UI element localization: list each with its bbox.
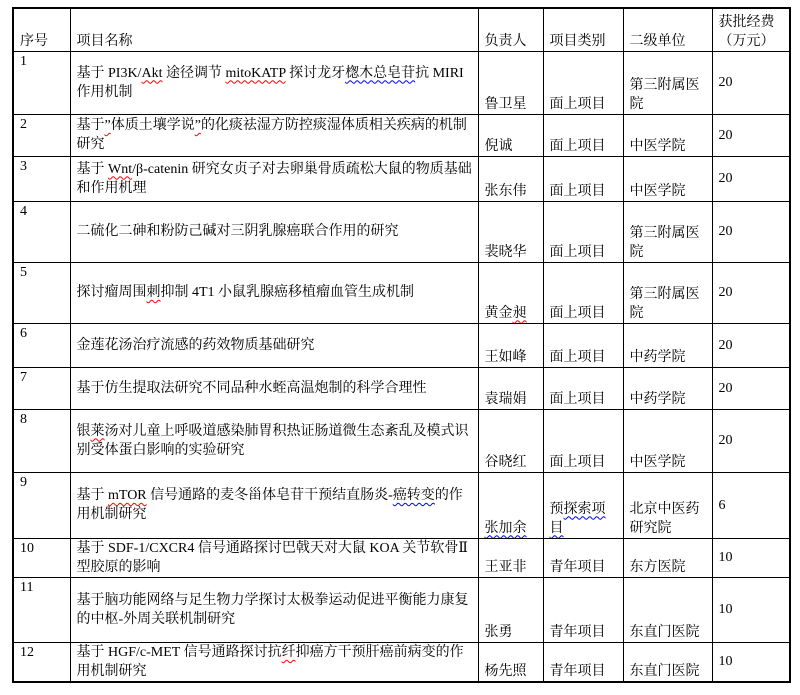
text-segment: 基于 HGF/c-MET 信号通路探讨抗 — [77, 645, 282, 660]
cell-leader: 裴晓华 — [478, 201, 543, 262]
text-segment: 探讨瘤周围 — [77, 285, 147, 300]
cell-fund: 20 — [712, 409, 790, 472]
spellcheck-blue-text: 癌转变 — [393, 488, 435, 503]
text-segment: 面上项目 — [550, 306, 606, 321]
cell-fund: 20 — [712, 51, 790, 114]
spellcheck-red-text: Akt — [141, 66, 162, 81]
cell-no: 3 — [13, 156, 70, 201]
cell-no: 10 — [13, 538, 70, 577]
column-header-category: 项目类别 — [543, 8, 623, 51]
text-segment: 面上项目 — [550, 350, 606, 365]
text-segment: 袁瑞娟 — [485, 392, 527, 407]
text-segment: 面上项目 — [550, 139, 606, 154]
cell-name: 二硫化二砷和粉防己碱对三阴乳腺癌联合作用的研究 — [70, 201, 478, 262]
spellcheck-red-text: 莱 — [91, 424, 105, 439]
text-segment: 王如峰 — [485, 350, 527, 365]
cell-category: 面上项目 — [543, 114, 623, 156]
spellcheck-red-text: 昶 — [513, 306, 527, 321]
text-segment: 青年项目 — [550, 664, 606, 679]
cell-category: 面上项目 — [543, 409, 623, 472]
table-row: 2基于”体质土壤学说”的化痰祛湿方防控痰湿体质相关疾病的机制研究倪诚面上项目中医… — [13, 114, 790, 156]
project-funding-table: 序号项目名称负责人项目类别二级单位获批经费（万元） 1基于 PI3K/Akt 途… — [12, 7, 791, 683]
cell-name: 银莱汤对儿童上呼吸道感染肺胃积热证肠道微生态紊乱及模式识别受体蛋白影响的实验研究 — [70, 409, 478, 472]
cell-name: 基于脑功能网络与足生物力学探讨太极拳运动促进平衡能力康复的中枢-外周关联机制研究 — [70, 577, 478, 642]
text-segment: 黄金 — [485, 306, 513, 321]
text-segment: 基于 PI3K/ — [77, 66, 142, 81]
column-header-line: （万元） — [719, 32, 786, 51]
cell-no: 8 — [13, 409, 70, 472]
cell-unit: 中药学院 — [623, 367, 712, 409]
spellcheck-red-text: mitoKATP — [225, 66, 285, 81]
text-segment: 二硫化二砷和粉防己碱对三阴乳腺癌联合作用的研究 — [77, 224, 399, 239]
text-segment: 银 — [77, 424, 91, 439]
cell-no: 4 — [13, 201, 70, 262]
text-segment: 基于脑功能网络与足生物力学探讨太极拳运动促进平衡能力康复的中枢-外周关联机制研究 — [77, 593, 469, 627]
cell-no: 7 — [13, 367, 70, 409]
spellcheck-red-text: 刺 — [147, 285, 161, 300]
cell-no: 1 — [13, 51, 70, 114]
table-row: 11基于脑功能网络与足生物力学探讨太极拳运动促进平衡能力康复的中枢-外周关联机制… — [13, 577, 790, 642]
text-segment: 基于仿生提取法研究不同品种水蛭高温炮制的科学合理性 — [77, 381, 427, 396]
cell-name: 基于 SDF-1/CXCR4 信号通路探讨巴戟天对大鼠 KOA 关节软骨Ⅱ型胶原… — [70, 538, 478, 577]
cell-fund: 10 — [712, 642, 790, 682]
cell-name: 基于 PI3K/Akt 途径调节 mitoKATP 探讨龙牙楤木总皂苷抗 MIR… — [70, 51, 478, 114]
cell-unit: 东直门医院 — [623, 577, 712, 642]
cell-fund: 20 — [712, 201, 790, 262]
cell-fund: 20 — [712, 114, 790, 156]
table-row: 5探讨瘤周围刺抑制 4T1 小鼠乳腺癌移植瘤血管生成机制黄金昶面上项目第三附属医… — [13, 262, 790, 323]
cell-leader: 黄金昶 — [478, 262, 543, 323]
text-segment: 鲁卫星 — [485, 97, 527, 112]
cell-unit: 东方医院 — [623, 538, 712, 577]
text-segment: 预 — [550, 502, 564, 517]
cell-unit: 中医学院 — [623, 114, 712, 156]
cell-fund: 20 — [712, 367, 790, 409]
cell-unit: 第三附属医院 — [623, 51, 712, 114]
cell-leader: 倪诚 — [478, 114, 543, 156]
cell-unit: 第三附属医院 — [623, 201, 712, 262]
cell-name: 基于 HGF/c-MET 信号通路探讨抗纤抑癌方干预肝癌前病变的作用机制研究 — [70, 642, 478, 682]
text-segment: 青年项目 — [550, 625, 606, 640]
text-segment: 探讨龙牙 — [286, 66, 346, 81]
table-row: 12基于 HGF/c-MET 信号通路探讨抗纤抑癌方干预肝癌前病变的作用机制研究… — [13, 642, 790, 682]
table-row: 9基于 mTOR 信号通路的麦冬甾体皂苷干预结直肠炎-癌转变的作用机制研究张加余… — [13, 472, 790, 538]
table-row: 1基于 PI3K/Akt 途径调节 mitoKATP 探讨龙牙楤木总皂苷抗 MI… — [13, 51, 790, 114]
text-segment: 基于 SDF-1/CXCR4 信号通路探讨巴戟天对大鼠 KOA 关节软骨Ⅱ型胶原… — [77, 541, 468, 575]
table-row: 7基于仿生提取法研究不同品种水蛭高温炮制的科学合理性袁瑞娟面上项目中药学院20 — [13, 367, 790, 409]
table-row: 6金莲花汤治疗流感的药效物质基础研究王如峰面上项目中药学院20 — [13, 323, 790, 367]
cell-category: 青年项目 — [543, 538, 623, 577]
cell-name: 基于”体质土壤学说”的化痰祛湿方防控痰湿体质相关疾病的机制研究 — [70, 114, 478, 156]
cell-fund: 20 — [712, 262, 790, 323]
text-segment: 面上项目 — [550, 97, 606, 112]
cell-fund: 10 — [712, 538, 790, 577]
cell-no: 11 — [13, 577, 70, 642]
text-segment: 汤对儿童上呼吸道感染肺胃积热证肠道微生态紊乱及模式识别受体蛋白影响的实验研究 — [77, 424, 469, 458]
cell-fund: 20 — [712, 323, 790, 367]
spellcheck-blue-text: 楤木总皂苷 — [345, 66, 415, 81]
cell-category: 面上项目 — [543, 367, 623, 409]
text-segment: 途径调节 — [162, 66, 225, 81]
text-segment: 张勇 — [485, 625, 513, 640]
column-header-leader: 负责人 — [478, 8, 543, 51]
cell-leader: 张勇 — [478, 577, 543, 642]
cell-leader: 王亚非 — [478, 538, 543, 577]
column-header-line: 获批经费 — [719, 13, 786, 32]
table-row: 10基于 SDF-1/CXCR4 信号通路探讨巴戟天对大鼠 KOA 关节软骨Ⅱ型… — [13, 538, 790, 577]
cell-name: 基于 mTOR 信号通路的麦冬甾体皂苷干预结直肠炎-癌转变的作用机制研究 — [70, 472, 478, 538]
text-segment: 面上项目 — [550, 392, 606, 407]
cell-category: 面上项目 — [543, 323, 623, 367]
cell-category: 面上项目 — [543, 201, 623, 262]
cell-leader: 张东伟 — [478, 156, 543, 201]
cell-name: 基于仿生提取法研究不同品种水蛭高温炮制的科学合理性 — [70, 367, 478, 409]
spellcheck-red-text: 纤 — [282, 645, 296, 660]
cell-unit: 东直门医院 — [623, 642, 712, 682]
cell-name: 探讨瘤周围刺抑制 4T1 小鼠乳腺癌移植瘤血管生成机制 — [70, 262, 478, 323]
column-header-name: 项目名称 — [70, 8, 478, 51]
cell-unit: 中药学院 — [623, 323, 712, 367]
cell-category: 面上项目 — [543, 262, 623, 323]
text-segment: 体质土壤学说 — [111, 118, 195, 133]
text-segment: 面上项目 — [550, 455, 606, 470]
cell-category: 青年项目 — [543, 642, 623, 682]
spellcheck-red-text: mTOR — [108, 488, 147, 503]
cell-name: 基于 Wnt/β-catenin 研究女贞子对去卵巢骨质疏松大鼠的物质基础和作用… — [70, 156, 478, 201]
text-segment: 裴晓华 — [485, 245, 527, 260]
column-header-fund: 获批经费（万元） — [712, 8, 790, 51]
text-segment: 基于 — [77, 118, 105, 133]
cell-leader: 袁瑞娟 — [478, 367, 543, 409]
cell-category: 青年项目 — [543, 577, 623, 642]
cell-category: 面上项目 — [543, 156, 623, 201]
text-segment: 基于 — [77, 162, 109, 177]
text-segment: 青年项目 — [550, 560, 606, 575]
cell-unit: 中医学院 — [623, 156, 712, 201]
cell-fund: 20 — [712, 156, 790, 201]
cell-fund: 10 — [712, 577, 790, 642]
column-header-no: 序号 — [13, 8, 70, 51]
cell-leader: 张加余 — [478, 472, 543, 538]
cell-leader: 鲁卫星 — [478, 51, 543, 114]
column-header-unit: 二级单位 — [623, 8, 712, 51]
text-segment: 基于 — [77, 488, 109, 503]
text-segment: 金莲花汤治疗流感的药效物质基础研究 — [77, 338, 315, 353]
text-segment: 面上项目 — [550, 245, 606, 260]
text-segment: 杨先照 — [485, 664, 527, 679]
cell-no: 12 — [13, 642, 70, 682]
text-segment: /β-catenin 研究女贞子对去卵巢骨质疏松大鼠的物质基础和作用机理 — [77, 162, 472, 196]
cell-category: 面上项目 — [543, 51, 623, 114]
spellcheck-red-text: Wnt — [108, 162, 132, 177]
text-segment: 面上项目 — [550, 184, 606, 199]
cell-leader: 王如峰 — [478, 323, 543, 367]
cell-fund: 6 — [712, 472, 790, 538]
table-header-row: 序号项目名称负责人项目类别二级单位获批经费（万元） — [13, 8, 790, 51]
cell-unit: 中医学院 — [623, 409, 712, 472]
cell-no: 6 — [13, 323, 70, 367]
cell-no: 9 — [13, 472, 70, 538]
cell-no: 5 — [13, 262, 70, 323]
table-row: 8银莱汤对儿童上呼吸道感染肺胃积热证肠道微生态紊乱及模式识别受体蛋白影响的实验研… — [13, 409, 790, 472]
cell-unit: 北京中医药研究院 — [623, 472, 712, 538]
table-row: 4二硫化二砷和粉防己碱对三阴乳腺癌联合作用的研究裴晓华面上项目第三附属医院20 — [13, 201, 790, 262]
text-segment: 抑制 4T1 小鼠乳腺癌移植瘤血管生成机制 — [161, 285, 415, 300]
text-segment: 王亚非 — [485, 560, 527, 575]
cell-name: 金莲花汤治疗流感的药效物质基础研究 — [70, 323, 478, 367]
cell-leader: 谷晓红 — [478, 409, 543, 472]
cell-unit: 第三附属医院 — [623, 262, 712, 323]
spellcheck-blue-text: 张加余 — [485, 521, 527, 536]
text-segment: 张东伟 — [485, 184, 527, 199]
text-segment: 谷晓红 — [485, 455, 527, 470]
table-row: 3基于 Wnt/β-catenin 研究女贞子对去卵巢骨质疏松大鼠的物质基础和作… — [13, 156, 790, 201]
text-segment: 信号通路的麦冬甾体皂苷干预结直肠炎- — [147, 488, 393, 503]
text-segment: 倪诚 — [485, 139, 513, 154]
cell-category: 预探索项目 — [543, 472, 623, 538]
cell-no: 2 — [13, 114, 70, 156]
cell-leader: 杨先照 — [478, 642, 543, 682]
